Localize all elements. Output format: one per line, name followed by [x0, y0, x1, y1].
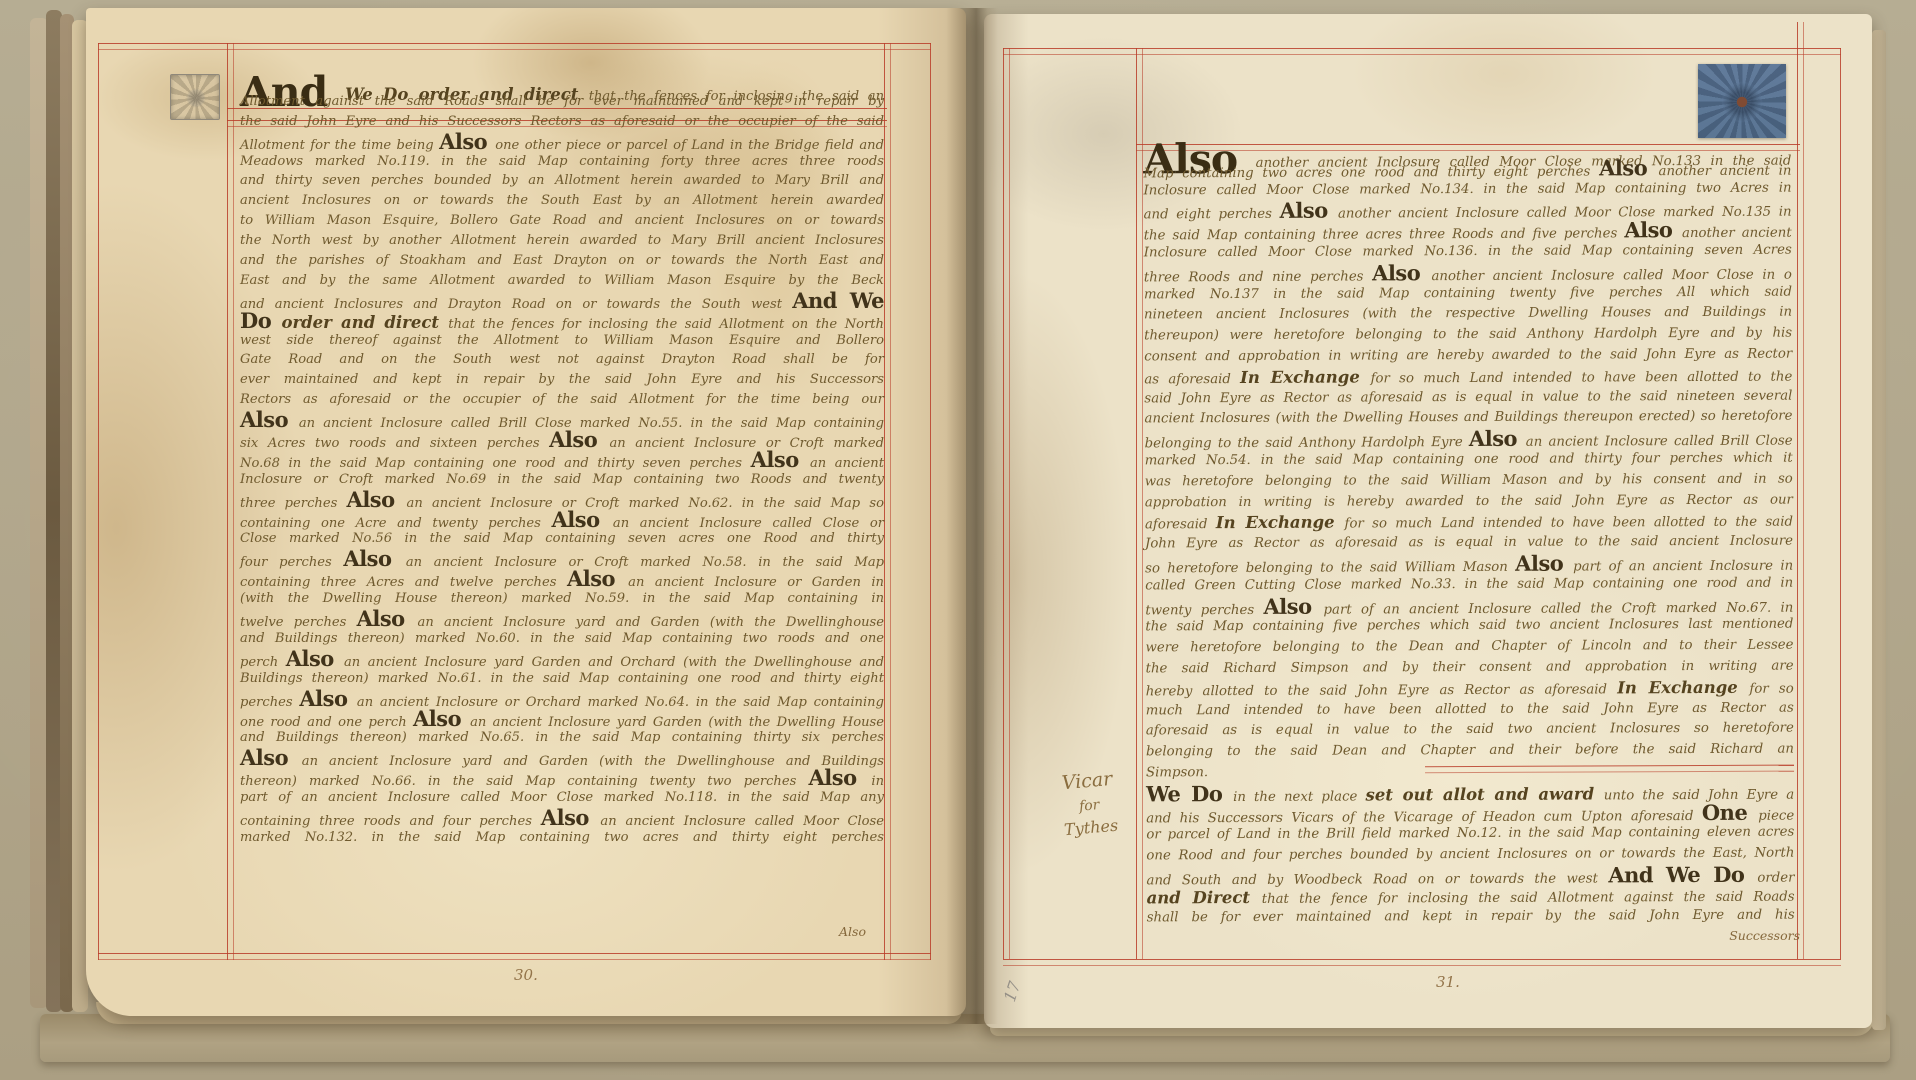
manuscript-text-segment: Inclosure called Moor Close marked No.13…: [1143, 180, 1791, 198]
manuscript-line: Inclosure called Moor Close marked No.13…: [1144, 241, 1792, 265]
manuscript-line: were heretofore belonging to the Dean an…: [1145, 636, 1793, 660]
manuscript-text-segment: another ancient in: [1658, 163, 1791, 179]
manuscript-text-segment: part of an ancient Inclosure called Moor…: [240, 790, 884, 805]
manuscript-text-segment: much Land intended to have been allotted…: [1146, 700, 1794, 718]
manuscript-text-segment: the said John Eyre and his Successors Re…: [240, 114, 884, 129]
manuscript-text-segment: an ancient Inclosure yard Garden and Orc…: [344, 655, 884, 670]
manuscript-text-segment: Map containing two acres one rood and th…: [1143, 164, 1599, 181]
red-rule-border: [930, 43, 931, 960]
manuscript-line: the said Map containing five perches whi…: [1145, 615, 1793, 639]
manuscript-text-segment: order: [1757, 870, 1794, 885]
manuscript-text-segment: piece: [1758, 808, 1794, 823]
manuscript-text-segment: Also: [1469, 426, 1526, 451]
manuscript-text-segment: aforesaid: [1145, 517, 1216, 532]
manuscript-text-segment: marked No.54. in the said Map containing…: [1145, 451, 1793, 469]
manuscript-line: and his Successors Vicars of the Vicarag…: [1146, 802, 1794, 826]
manuscript-text-segment: Also: [751, 447, 810, 472]
manuscript-line: and Buildings thereon) marked No.65. in …: [240, 728, 884, 748]
manuscript-text-segment: Inclosure called Moor Close marked No.13…: [1144, 243, 1792, 261]
manuscript-line: containing three roods and four perches …: [240, 808, 884, 828]
margin-note-vicar-for-tythes: Vicar for Tythes: [1031, 765, 1146, 841]
manuscript-text-segment: three perches: [240, 496, 347, 511]
manuscript-line: or parcel of Land in the Brill field mar…: [1146, 823, 1794, 847]
manuscript-text-segment: for so much Land intended to have been a…: [1371, 369, 1793, 386]
manuscript-line: marked No.132. in the said Map containin…: [240, 828, 884, 848]
manuscript-line: Rectors as aforesaid or the occupier of …: [240, 390, 884, 410]
manuscript-text-segment: containing three roods and four perches: [240, 814, 541, 829]
manuscript-line: Allotment for the time being Also one ot…: [240, 132, 884, 152]
manuscript-text-segment: No.68 in the said Map containing one roo…: [240, 456, 751, 471]
manuscript-text-segment: Also: [552, 507, 613, 532]
manuscript-text-block: And We Do order and direct that the fenc…: [240, 72, 884, 848]
manuscript-line: Also another ancient Inclosure called Mo…: [1143, 137, 1791, 161]
manuscript-line: Meadows marked No.119. in the said Map c…: [240, 152, 884, 172]
manuscript-line: and ancient Inclosures and Drayton Road …: [240, 291, 884, 311]
manuscript-line: the said Map containing three acres thre…: [1144, 220, 1792, 244]
manuscript-line: three Roods and nine perches Also anothe…: [1144, 261, 1792, 285]
manuscript-text-segment: And We Do: [1608, 862, 1757, 888]
manuscript-text-segment: Also: [567, 566, 628, 591]
manuscript-line: (with the Dwelling House thereon) marked…: [240, 589, 884, 609]
manuscript-line: and eight perches Also another ancient I…: [1144, 199, 1792, 223]
manuscript-text-segment: part of an ancient Inclosure in: [1573, 559, 1793, 575]
manuscript-text-segment: Also: [1372, 260, 1431, 285]
embossed-duty-stamp: [170, 74, 220, 120]
manuscript-text-segment: unto the said John Eyre a: [1604, 787, 1794, 803]
page-number: 30.: [514, 966, 538, 984]
manuscript-line: thereupon) were heretofore belonging to …: [1144, 324, 1792, 348]
manuscript-line: Allotment against the said Roads shall b…: [240, 92, 884, 112]
manuscript-text-segment: marked No.137 in the said Map containing…: [1144, 284, 1792, 302]
manuscript-text-segment: an ancient Inclosure or Croft marked: [609, 436, 884, 451]
manuscript-text-segment: were heretofore belonging to the Dean an…: [1145, 638, 1793, 656]
manuscript-text-segment: an ancient Inclosure yard and Garden (wi…: [302, 754, 884, 769]
manuscript-text-segment: three Roods and nine perches: [1144, 269, 1372, 285]
manuscript-line: thereon) marked No.66. in the said Map c…: [240, 768, 884, 788]
manuscript-text-segment: Inclosure or Croft marked No.69 in the s…: [240, 472, 884, 487]
manuscript-line: Map containing two acres one rood and th…: [1143, 157, 1791, 181]
manuscript-line: and South and by Woodbeck Road on or tow…: [1146, 864, 1794, 888]
manuscript-text-segment: an ancient Inclosure or Garden in: [628, 575, 884, 590]
left-page: And We Do order and direct that the fenc…: [86, 8, 966, 1016]
catchword: Also: [746, 924, 866, 939]
manuscript-text-segment: Also: [1599, 155, 1659, 180]
manuscript-line: and thirty seven perches bounded by an A…: [240, 171, 884, 191]
manuscript-text-segment: thereupon) were heretofore belonging to …: [1144, 326, 1792, 344]
manuscript-text-segment: to William Mason Esquire, Bollero Gate R…: [240, 213, 884, 228]
red-rule-border: [1797, 22, 1804, 959]
manuscript-text-segment: And We: [792, 288, 884, 313]
manuscript-text-segment: six Acres two roods and sixteen perches: [240, 436, 549, 451]
manuscript-line: much Land intended to have been allotted…: [1146, 698, 1794, 722]
manuscript-text-segment: Meadows marked No.119. in the said Map c…: [240, 154, 884, 169]
red-rule-border: [884, 43, 891, 960]
manuscript-line: four perches Also an ancient Inclosure o…: [240, 549, 884, 569]
manuscript-line: Do order and direct that the fences for …: [240, 311, 884, 331]
manuscript-text-segment: consent and approbation in writing are h…: [1144, 347, 1792, 365]
manuscript-text-segment: one rood and one perch: [240, 715, 413, 730]
manuscript-line: shall be for ever maintained and kept in…: [1147, 906, 1795, 930]
manuscript-text-segment: so heretofore belonging to the said Will…: [1145, 560, 1515, 577]
manuscript-text-segment: In Exchange: [1216, 513, 1345, 533]
manuscript-line: and Direct that the fence for inclosing …: [1147, 885, 1795, 909]
manuscript-line: west side thereof against the Allotment …: [240, 331, 884, 351]
manuscript-text-segment: ancient Inclosures on or towards the Sou…: [240, 193, 884, 208]
manuscript-text-segment: an ancient Inclosure yard Garden (with t…: [470, 715, 884, 730]
manuscript-line: aforesaid In Exchange for so much Land i…: [1145, 511, 1793, 535]
manuscript-line: was heretofore belonging to the said Wil…: [1145, 469, 1793, 493]
red-rule-margin: [227, 43, 234, 960]
manuscript-line: and the parishes of Stoakham and East Dr…: [240, 251, 884, 271]
manuscript-line: the said John Eyre and his Successors Re…: [240, 112, 884, 132]
manuscript-line: called Green Cutting Close marked No.33.…: [1145, 573, 1793, 597]
right-page: Vicar for Tythes Also another ancient In…: [984, 14, 1872, 1028]
manuscript-line: perches Also an ancient Inclosure or Orc…: [240, 689, 884, 709]
manuscript-line: Inclosure called Moor Close marked No.13…: [1143, 178, 1791, 202]
manuscript-text-segment: (with the Dwelling House thereon) marked…: [240, 591, 884, 606]
red-rule-border: [1003, 959, 1841, 966]
manuscript-text-segment: thereon) marked No.66. in the said Map c…: [240, 774, 808, 789]
manuscript-text-segment: Also: [439, 129, 495, 154]
manuscript-line: marked No.137 in the said Map containing…: [1144, 282, 1792, 306]
manuscript-text-segment: One: [1702, 799, 1759, 824]
manuscript-text-segment: In Exchange: [1240, 367, 1371, 387]
manuscript-line: Close marked No.56 in the said Map conta…: [240, 529, 884, 549]
gutter-fold-shadow: [946, 8, 998, 1024]
manuscript-line: containing one Acre and twenty perches A…: [240, 510, 884, 530]
manuscript-text-segment: four perches: [240, 555, 343, 570]
manuscript-line: ever maintained and kept in repair by th…: [240, 370, 884, 390]
manuscript-text-segment: In Exchange: [1617, 677, 1749, 697]
manuscript-text-segment: as aforesaid: [1144, 372, 1240, 387]
manuscript-text-segment: ever maintained and kept in repair by th…: [240, 372, 884, 387]
manuscript-line: the North west by another Allotment here…: [240, 231, 884, 251]
manuscript-text-segment: twenty perches: [1145, 602, 1263, 618]
book-spread: And We Do order and direct that the fenc…: [0, 0, 1916, 1080]
manuscript-text-segment: an ancient Inclosure called Moor Close: [600, 814, 884, 829]
manuscript-text-segment: Also: [240, 407, 299, 432]
manuscript-text-segment: and the parishes of Stoakham and East Dr…: [240, 253, 884, 268]
manuscript-text-segment: Also: [1624, 217, 1682, 242]
manuscript-line: John Eyre as Rector as aforesaid as is e…: [1145, 532, 1793, 556]
red-rule-border: [1003, 48, 1841, 55]
manuscript-line: hereby allotted to the said John Eyre as…: [1146, 677, 1794, 701]
manuscript-text-segment: containing one Acre and twenty perches: [240, 516, 552, 531]
red-rule-border: [1840, 48, 1841, 959]
manuscript-text-segment: Rectors as aforesaid or the occupier of …: [240, 392, 884, 407]
manuscript-line: Simpson.: [1146, 760, 1794, 784]
manuscript-line: so heretofore belonging to the said Will…: [1145, 553, 1793, 577]
margin-note-line: Tythes: [1035, 813, 1146, 842]
manuscript-text-segment: and thirty seven perches bounded by an A…: [240, 173, 884, 188]
manuscript-text-segment: We Do: [1146, 781, 1233, 806]
manuscript-text-segment: or parcel of Land in the Brill field mar…: [1146, 825, 1794, 843]
red-rule-border: [98, 43, 99, 960]
manuscript-text-segment: one other piece or parcel of Land in the…: [495, 138, 884, 153]
manuscript-text-segment: East and by the same Allotment awarded t…: [240, 273, 884, 288]
manuscript-text-segment: said John Eyre as Rector as aforesaid as…: [1144, 388, 1792, 406]
manuscript-text-segment: Also: [240, 745, 302, 770]
manuscript-text-block: Also another ancient Inclosure called Mo…: [1143, 137, 1794, 930]
manuscript-text-segment: approbation in writing is hereby awarded…: [1145, 492, 1793, 510]
manuscript-line: ancient Inclosures on or towards the Sou…: [240, 191, 884, 211]
manuscript-text-segment: one Rood and four perches bounded by anc…: [1146, 846, 1794, 864]
manuscript-text-segment: west side thereof against the Allotment …: [240, 333, 884, 348]
manuscript-text-segment: Allotment against the said Roads shall b…: [240, 94, 884, 109]
manuscript-text-segment: Buildings thereon) marked No.61. in the …: [240, 671, 884, 686]
manuscript-text-segment: the said Richard Simpson and by their co…: [1146, 659, 1794, 677]
manuscript-text-segment: belonging to the said Dean and Chapter a…: [1146, 742, 1794, 760]
manuscript-line: No.68 in the said Map containing one roo…: [240, 450, 884, 470]
manuscript-text-segment: nineteen ancient Inclosures (with the re…: [1144, 305, 1792, 323]
manuscript-line: said John Eyre as Rector as aforesaid as…: [1144, 386, 1792, 410]
manuscript-text-segment: for so much Land intended to have been a…: [1344, 515, 1793, 532]
manuscript-text-segment: Also: [1280, 198, 1338, 223]
manuscript-text-segment: and Buildings thereon) marked No.65. in …: [240, 730, 884, 745]
manuscript-line: the said Richard Simpson and by their co…: [1146, 657, 1794, 681]
red-filler-rule: [1425, 764, 1794, 773]
manuscript-text-segment: an ancient Inclosure or Croft marked No.…: [407, 496, 884, 511]
manuscript-text-segment: Close marked No.56 in the said Map conta…: [240, 531, 884, 546]
manuscript-line: Also an ancient Inclosure yard and Garde…: [240, 748, 884, 768]
manuscript-line: consent and approbation in writing are h…: [1144, 345, 1792, 369]
manuscript-text-segment: and ancient Inclosures and Drayton Road …: [240, 297, 792, 312]
manuscript-text-segment: Also: [343, 546, 405, 571]
manuscript-text-segment: that the fence for inclosing the said Al…: [1262, 889, 1795, 906]
manuscript-text-segment: another ancient Inclosure called Moor Cl…: [1431, 267, 1791, 284]
red-rule-border: [98, 43, 931, 50]
pencil-mark: 17: [1000, 979, 1024, 1004]
manuscript-text-segment: an ancient Inclosure called Close or: [613, 516, 884, 531]
manuscript-text-segment: another ancient: [1682, 226, 1792, 241]
manuscript-text-segment: hereby allotted to the said John Eyre as…: [1146, 682, 1618, 699]
manuscript-text-segment: an ancient Inclosure yard and Garden (wi…: [418, 615, 884, 630]
manuscript-text-segment: that the fences for inclosing the said A…: [448, 317, 884, 332]
manuscript-text-segment: Also: [357, 606, 418, 631]
manuscript-line: belonging to the said Anthony Hardolph E…: [1145, 428, 1793, 452]
manuscript-text-segment: an ancient Inclosure called Brill Close: [1526, 434, 1793, 450]
manuscript-text-segment: aforesaid as is equal in value to the sa…: [1146, 721, 1794, 739]
manuscript-text-segment: and Buildings thereon) marked No.60. in …: [240, 631, 884, 646]
manuscript-text-segment: and eight perches: [1144, 207, 1280, 223]
manuscript-line: containing three Acres and twelve perche…: [240, 569, 884, 589]
red-rule-border: [1003, 48, 1010, 959]
manuscript-text-segment: Also: [1263, 593, 1323, 618]
manuscript-text-segment: Also: [286, 646, 344, 671]
blue-duty-stamp: [1698, 64, 1786, 138]
manuscript-text-segment: in: [871, 774, 884, 789]
manuscript-text-segment: the said Map containing five perches whi…: [1145, 617, 1793, 635]
page-number: 31.: [1436, 973, 1460, 991]
manuscript-text-segment: an ancient: [810, 456, 884, 471]
manuscript-text-segment: John Eyre as Rector as aforesaid as is e…: [1145, 534, 1793, 552]
manuscript-line: perch Also an ancient Inclosure yard Gar…: [240, 649, 884, 669]
manuscript-text-segment: Also: [413, 706, 470, 731]
manuscript-text-segment: Also: [549, 427, 609, 452]
manuscript-text-segment: and Direct: [1147, 888, 1262, 908]
manuscript-line: East and by the same Allotment awarded t…: [240, 271, 884, 291]
manuscript-text-segment: perch: [240, 655, 286, 670]
manuscript-text-segment: Allotment for the time being: [240, 138, 439, 153]
manuscript-text-segment: twelve perches: [240, 615, 357, 630]
manuscript-text-segment: the North west by another Allotment here…: [240, 233, 884, 248]
manuscript-text-segment: Also: [299, 686, 357, 711]
manuscript-line: Gate Road and on the South west not agai…: [240, 350, 884, 370]
manuscript-text-segment: in the next place: [1233, 789, 1366, 805]
manuscript-text-segment: Also: [1515, 550, 1573, 575]
manuscript-text-segment: Also: [808, 765, 871, 790]
manuscript-line: twenty perches Also part of an ancient I…: [1145, 594, 1793, 618]
manuscript-line: twelve perches Also an ancient Inclosure…: [240, 609, 884, 629]
manuscript-text-segment: set out allot and award: [1365, 784, 1603, 804]
manuscript-line: marked No.54. in the said Map containing…: [1145, 449, 1793, 473]
manuscript-text-segment: Also: [541, 805, 601, 830]
manuscript-line: nineteen ancient Inclosures (with the re…: [1144, 303, 1792, 327]
manuscript-line: And We Do order and direct that the fenc…: [240, 72, 884, 92]
manuscript-text-segment: order and direct: [281, 313, 448, 332]
manuscript-text-segment: perches: [240, 695, 299, 710]
manuscript-text-segment: an ancient Inclosure or Croft marked No.…: [406, 555, 884, 570]
manuscript-text-segment: containing three Acres and twelve perche…: [240, 575, 567, 590]
manuscript-text-segment: marked No.132. in the said Map containin…: [240, 830, 884, 845]
page-stack-edge: [1872, 30, 1886, 1030]
margin-note-line: Vicar: [1031, 765, 1142, 797]
manuscript-line: Inclosure or Croft marked No.69 in the s…: [240, 470, 884, 490]
manuscript-text-segment: ancient Inclosures (with the Dwelling Ho…: [1144, 409, 1792, 427]
manuscript-text-segment: for so: [1749, 681, 1793, 696]
catchword: Successors: [1584, 928, 1800, 943]
red-rule-border: [98, 953, 931, 960]
manuscript-line: to William Mason Esquire, Bollero Gate R…: [240, 211, 884, 231]
manuscript-line: one rood and one perch Also an ancient I…: [240, 709, 884, 729]
manuscript-text-segment: was heretofore belonging to the said Wil…: [1145, 471, 1793, 489]
manuscript-text-segment: called Green Cutting Close marked No.33.…: [1145, 575, 1793, 593]
manuscript-text-segment: Do: [240, 308, 281, 333]
manuscript-text-segment: shall be for ever maintained and kept in…: [1147, 908, 1795, 926]
manuscript-text-segment: belonging to the said Anthony Hardolph E…: [1145, 435, 1469, 451]
manuscript-text-segment: Simpson.: [1146, 764, 1425, 780]
manuscript-line: aforesaid as is equal in value to the sa…: [1146, 719, 1794, 743]
manuscript-text-segment: Gate Road and on the South west not agai…: [240, 352, 884, 367]
manuscript-line: approbation in writing is hereby awarded…: [1145, 490, 1793, 514]
manuscript-line: as aforesaid In Exchange for so much Lan…: [1144, 365, 1792, 389]
manuscript-line: belonging to the said Dean and Chapter a…: [1146, 740, 1794, 764]
manuscript-text-segment: Also: [347, 487, 407, 512]
manuscript-line: We Do in the next place set out allot an…: [1146, 781, 1794, 805]
